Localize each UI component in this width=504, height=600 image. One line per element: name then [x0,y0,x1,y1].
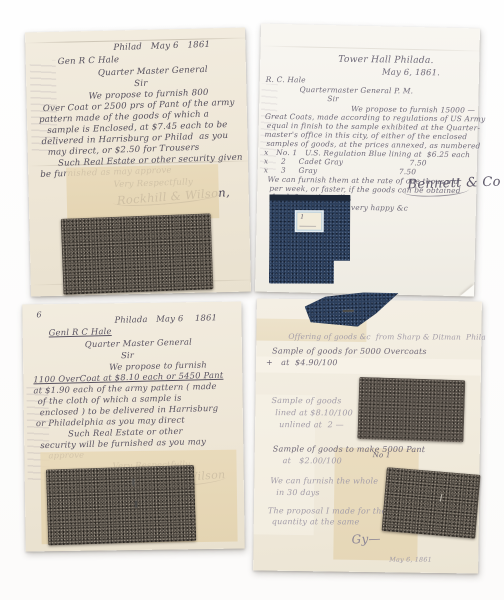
fabric-swatch-blue: 1 [269,194,350,283]
thread-mark [440,494,443,502]
memo-line: Sample of goods [271,397,341,405]
fabric-swatch-gray [382,467,481,539]
memo-line: We can furnish the whole [270,477,378,485]
letter-top-right-tower-hall: Tower Hall Philada. May 6, 1861. R. C. H… [255,24,480,297]
memo-line: + at $4.90/100 [266,359,338,367]
letter-line: security will be furnished as you may [40,437,206,449]
signature-flourish-initials: Gy— [351,531,381,546]
fabric-swatch-gray [61,213,214,294]
letter-line: Sir [134,80,148,89]
letter-line: Quartermaster General P. M. [300,86,414,95]
letter-line: Philad May 6 1861 [113,41,210,53]
memo-line: at $2.00/100 [283,457,342,465]
memo-bottom-right-sharp-ditman: Offering of goods &c from Sharp & Ditman… [253,298,482,573]
tag-scribble [299,226,316,227]
folded-corner [460,284,474,296]
memo-line: in 30 days [276,489,320,497]
page-number: 6 [36,310,41,319]
memo-line: Sample of goods to make 5000 Pant [273,445,425,454]
annotation-no1: No 1 [373,452,391,459]
memo-line: Sample of goods for 5000 Overcoats [272,347,427,356]
letter-line: May 6, 1861. [382,68,440,77]
auction-photo-1861-clothing-proposals: Philad May 6 1861 Gen R C Hale Quarter M… [0,0,504,600]
sample-number: 1 [300,214,304,221]
letter-line: Gen R C Hale [58,56,120,67]
memo-line: quantity at the same [272,518,360,526]
sample-number-tag: 1 [296,212,322,231]
fabric-fragment-blue [304,292,399,328]
memo-line: The proposal I made for the [268,507,387,515]
swatch-folded-edge [269,194,350,200]
letter-bottom-left-rockhill-wilson: 6 Philada May 6 1861 Genl R C Hale Quart… [22,301,244,551]
memo-line: lined at $8.10/100 [275,409,353,417]
letter-line: Quarter Master General [98,66,208,78]
staple-mark [132,479,134,486]
letter-line: R. C. Hale [266,76,306,84]
letter-line: enclosed ) to be delivered in Harrisburg [40,404,219,417]
memo-line: unlined at 2 — [279,421,344,429]
memo-line: Offering of goods &c from Sharp & Ditman… [288,333,486,341]
memo-date: May 6, 1861 [389,557,432,564]
letter-top-left-rockhill-wilson: Philad May 6 1861 Gen R C Hale Quarter M… [25,28,251,297]
letter-line: Sir [121,351,134,360]
letter-line: Sir [327,95,339,103]
fabric-swatch-gray [46,465,196,546]
letter-line: very happy &c [351,204,408,212]
letter-line: Genl R C Hale [49,327,112,337]
staple-mark [343,310,354,312]
fold-crease [261,46,480,52]
letter-line: Philada May 6 1861 [114,313,217,324]
staple-mark [135,501,137,508]
fabric-swatch-gray [357,377,465,442]
letter-line: Tower Hall Philada. [338,55,433,65]
letter-line: Quarter Master General [85,338,192,349]
letter-line: at $1.90 each of the army pattern ( made [33,382,216,395]
